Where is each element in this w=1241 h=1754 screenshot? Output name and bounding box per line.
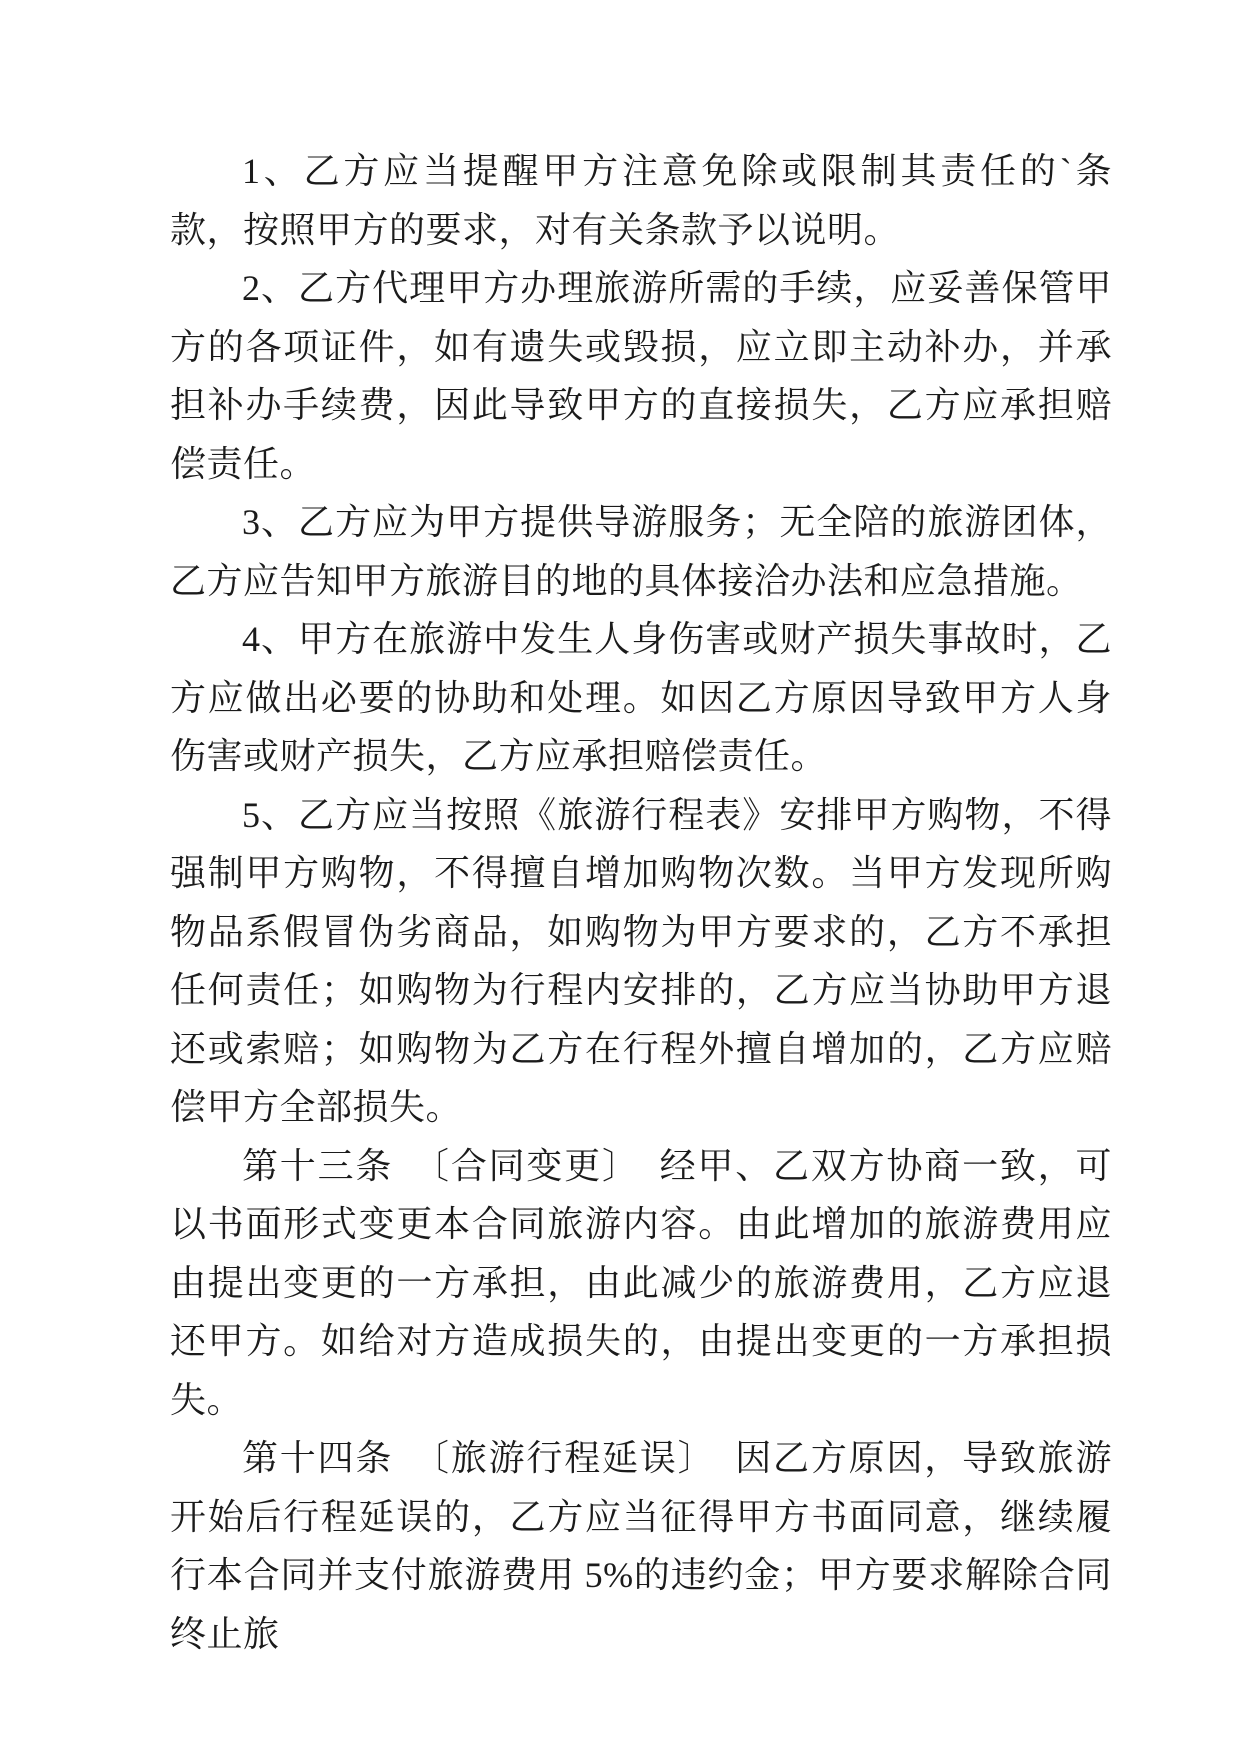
clause-1-paragraph: 1、乙方应当提醒甲方注意免除或限制其责任的`条款，按照甲方的要求，对有关条款予以…: [170, 142, 1112, 259]
clause-2-paragraph: 2、乙方代理甲方办理旅游所需的手续，应妥善保管甲方的各项证件，如有遗失或毁损，应…: [170, 259, 1112, 493]
clause-4-paragraph: 4、甲方在旅游中发生人身伤害或财产损失事故时，乙方应做出必要的协助和处理。如因乙…: [170, 610, 1112, 786]
clause-3-paragraph: 3、乙方应为甲方提供导游服务；无全陪的旅游团体，乙方应告知甲方旅游目的地的具体接…: [170, 493, 1112, 610]
clause-5-paragraph: 5、乙方应当按照《旅游行程表》安排甲方购物，不得强制甲方购物，不得擅自增加购物次…: [170, 786, 1112, 1137]
article-14-paragraph: 第十四条 〔旅游行程延误〕 因乙方原因，导致旅游开始后行程延误的，乙方应当征得甲…: [170, 1429, 1112, 1663]
contract-page: 1、乙方应当提醒甲方注意免除或限制其责任的`条款，按照甲方的要求，对有关条款予以…: [0, 0, 1241, 1754]
article-13-paragraph: 第十三条 〔合同变更〕 经甲、乙双方协商一致，可以书面形式变更本合同旅游内容。由…: [170, 1137, 1112, 1430]
contract-text-block: 1、乙方应当提醒甲方注意免除或限制其责任的`条款，按照甲方的要求，对有关条款予以…: [170, 142, 1112, 1663]
